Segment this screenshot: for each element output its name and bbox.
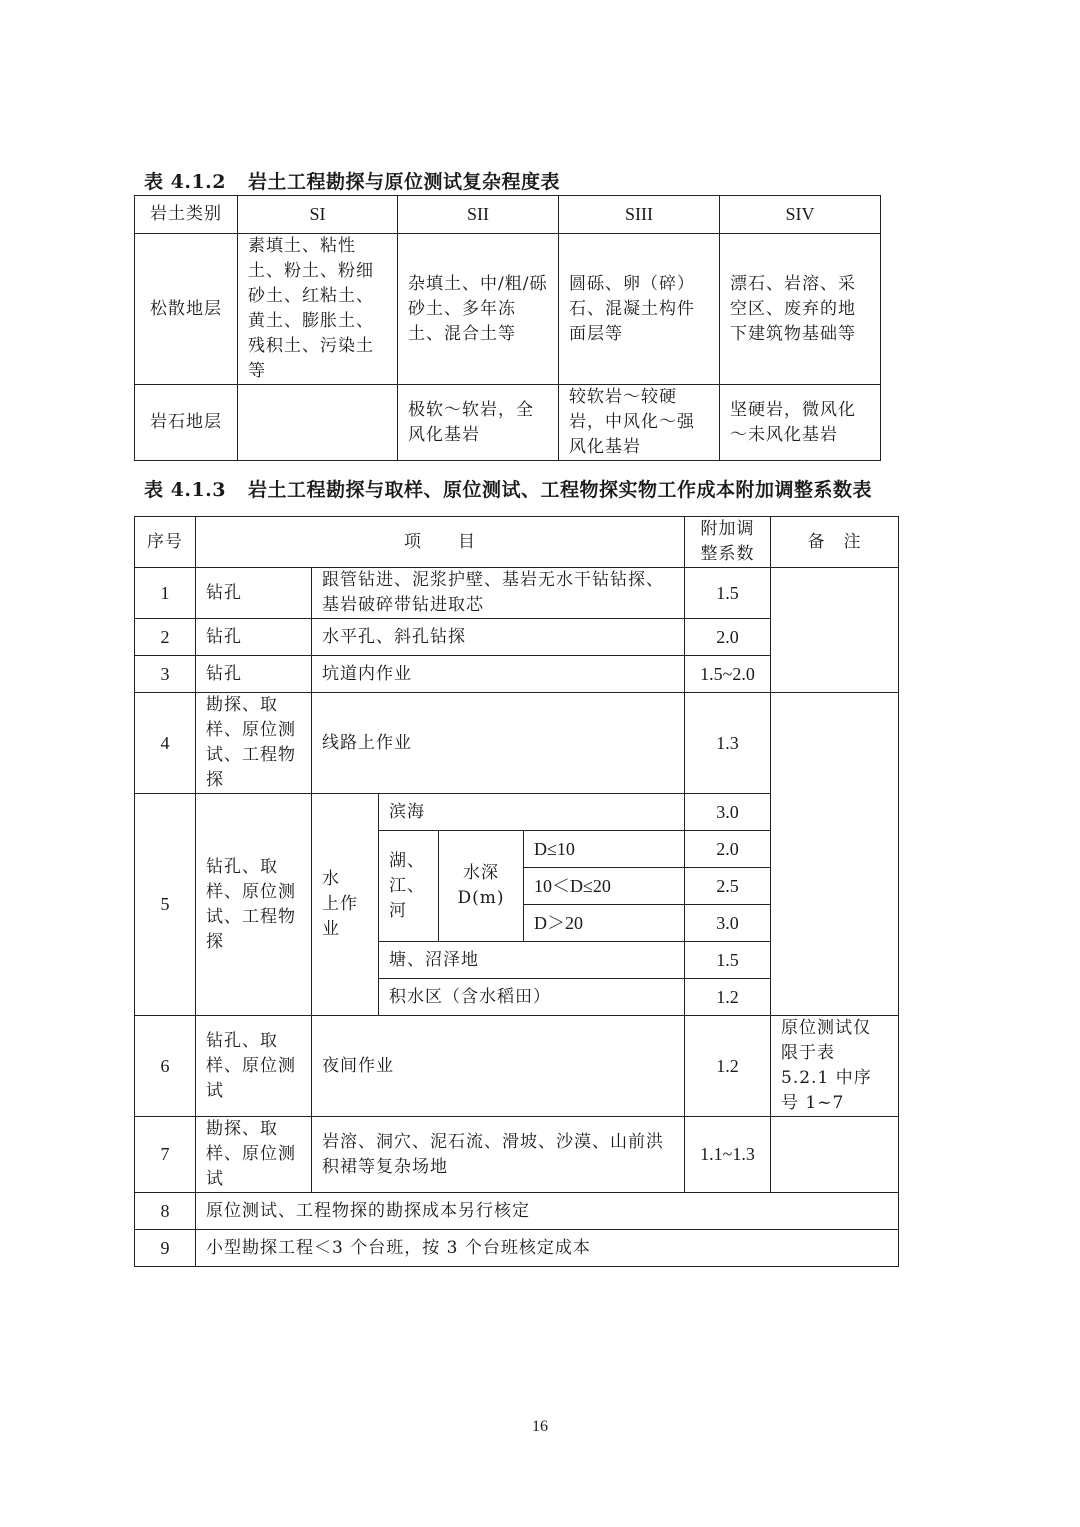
header-category: 岩土类别 [135, 196, 238, 234]
table1-row-loose: 松散地层 素填土、粘性土、粉土、粉细砂土、红粘土、黄土、膨胀土、残积土、污染土等… [135, 234, 881, 385]
pond-label: 塘、沼泽地 [379, 942, 685, 979]
work-type: 勘探、取样、原位测试、工程物探 [196, 693, 312, 794]
table2-title: 岩土工程勘探与取样、原位测试、工程物探实物工作成本附加调整系数表 [248, 479, 872, 501]
table-row: 7 勘探、取样、原位测试 岩溶、洞穴、泥石流、滑坡、沙漠、山前洪积裙等复杂场地 … [135, 1117, 899, 1193]
seq: 1 [135, 568, 196, 619]
complexity-table: 岩土类别 SI SII SIII SIV 松散地层 素填土、粘性土、粉土、粉细砂… [134, 195, 881, 461]
table1-row-rock: 岩石地层 极软～软岩，全风化基岩 较软岩～较硬岩，中风化～强风化基岩 坚硬岩，微… [135, 385, 881, 461]
remark [771, 693, 899, 1016]
work-type: 钻孔 [196, 656, 312, 693]
coefficient: 2.0 [685, 831, 771, 868]
seq: 8 [135, 1193, 196, 1230]
remark: 原位测试仅限于表 5.2.1 中序号 1~7 [771, 1016, 899, 1117]
description: 小型勘探工程＜3 个台班，按 3 个台班核定成本 [196, 1230, 899, 1267]
description: 坑道内作业 [312, 656, 685, 693]
header-item: 项 目 [196, 517, 685, 568]
cell: 圆砾、卵（碎）石、混凝土构件面层等 [559, 234, 720, 385]
table-row: 9 小型勘探工程＜3 个台班，按 3 个台班核定成本 [135, 1230, 899, 1267]
header-siv: SIV [720, 196, 881, 234]
coefficient: 2.5 [685, 868, 771, 905]
table-row: 1 钻孔 跟管钻进、泥浆护壁、基岩无水干钻钻探、基岩破碎带钻进取芯 1.5 [135, 568, 899, 619]
table1-number: 表 4.1.2 [144, 171, 226, 193]
table2-header-row: 序号 项 目 附加调整系数 备 注 [135, 517, 899, 568]
remark [771, 568, 899, 693]
paddy-label: 积水区（含水稻田） [379, 979, 685, 1016]
coastal-label: 滨海 [379, 794, 685, 831]
adjustment-coefficient-table: 序号 项 目 附加调整系数 备 注 1 钻孔 跟管钻进、泥浆护壁、基岩无水干钻钻… [134, 516, 899, 1267]
description: 线路上作业 [312, 693, 685, 794]
cell: 漂石、岩溶、采空区、废弃的地下建筑物基础等 [720, 234, 881, 385]
coefficient: 1.2 [685, 1016, 771, 1117]
coefficient: 2.0 [685, 619, 771, 656]
lake-river-label: 湖、江、河 [379, 831, 439, 942]
water-depth-label: 水深 D(m) [439, 831, 524, 942]
description: 岩溶、洞穴、泥石流、滑坡、沙漠、山前洪积裙等复杂场地 [312, 1117, 685, 1193]
table2-number: 表 4.1.3 [144, 479, 226, 501]
table-row: 8 原位测试、工程物探的勘探成本另行核定 [135, 1193, 899, 1230]
remark [771, 1117, 899, 1193]
coefficient: 1.5 [685, 942, 771, 979]
description: 原位测试、工程物探的勘探成本另行核定 [196, 1193, 899, 1230]
coefficient: 1.5~2.0 [685, 656, 771, 693]
coefficient: 3.0 [685, 794, 771, 831]
description: 跟管钻进、泥浆护壁、基岩无水干钻钻探、基岩破碎带钻进取芯 [312, 568, 685, 619]
work-type: 钻孔 [196, 619, 312, 656]
seq: 4 [135, 693, 196, 794]
header-remark: 备 注 [771, 517, 899, 568]
cell: 杂填土、中/粗/砾砂土、多年冻土、混合土等 [398, 234, 559, 385]
coefficient: 1.1~1.3 [685, 1117, 771, 1193]
work-type: 勘探、取样、原位测试 [196, 1117, 312, 1193]
seq: 5 [135, 794, 196, 1016]
header-sii: SII [398, 196, 559, 234]
coefficient: 1.5 [685, 568, 771, 619]
coefficient: 3.0 [685, 905, 771, 942]
coefficient: 1.2 [685, 979, 771, 1016]
table1-header-row: 岩土类别 SI SII SIII SIV [135, 196, 881, 234]
cell [238, 385, 398, 461]
table1-title: 岩土工程勘探与原位测试复杂程度表 [248, 171, 560, 193]
description: 夜间作业 [312, 1016, 685, 1117]
cell: 极软～软岩，全风化基岩 [398, 385, 559, 461]
header-si: SI [238, 196, 398, 234]
description: 水平孔、斜孔钻探 [312, 619, 685, 656]
table-row: 6 钻孔、取样、原位测试 夜间作业 1.2 原位测试仅限于表 5.2.1 中序号… [135, 1016, 899, 1117]
cell: 坚硬岩，微风化～未风化基岩 [720, 385, 881, 461]
depth-range: D≤10 [524, 831, 685, 868]
depth-range: D＞20 [524, 905, 685, 942]
water-work-group: 水 上作业 [312, 794, 379, 1016]
cell: 较软岩～较硬岩，中风化～强风化基岩 [559, 385, 720, 461]
seq: 9 [135, 1230, 196, 1267]
seq: 6 [135, 1016, 196, 1117]
table1-caption: 表 4.1.2岩土工程勘探与原位测试复杂程度表 [144, 167, 560, 194]
row-category: 松散地层 [135, 234, 238, 385]
header-coef: 附加调整系数 [685, 517, 771, 568]
page-number: 16 [0, 1418, 1080, 1436]
header-siii: SIII [559, 196, 720, 234]
seq: 2 [135, 619, 196, 656]
header-seq: 序号 [135, 517, 196, 568]
seq: 7 [135, 1117, 196, 1193]
depth-range: 10＜D≤20 [524, 868, 685, 905]
work-type: 钻孔 [196, 568, 312, 619]
seq: 3 [135, 656, 196, 693]
work-type: 钻孔、取样、原位测试 [196, 1016, 312, 1117]
work-type: 钻孔、取样、原位测试、工程物探 [196, 794, 312, 1016]
table-row: 4 勘探、取样、原位测试、工程物探 线路上作业 1.3 [135, 693, 899, 794]
cell: 素填土、粘性土、粉土、粉细砂土、红粘土、黄土、膨胀土、残积土、污染土等 [238, 234, 398, 385]
row-category: 岩石地层 [135, 385, 238, 461]
coefficient: 1.3 [685, 693, 771, 794]
table2-caption: 表 4.1.3岩土工程勘探与取样、原位测试、工程物探实物工作成本附加调整系数表 [144, 475, 872, 502]
